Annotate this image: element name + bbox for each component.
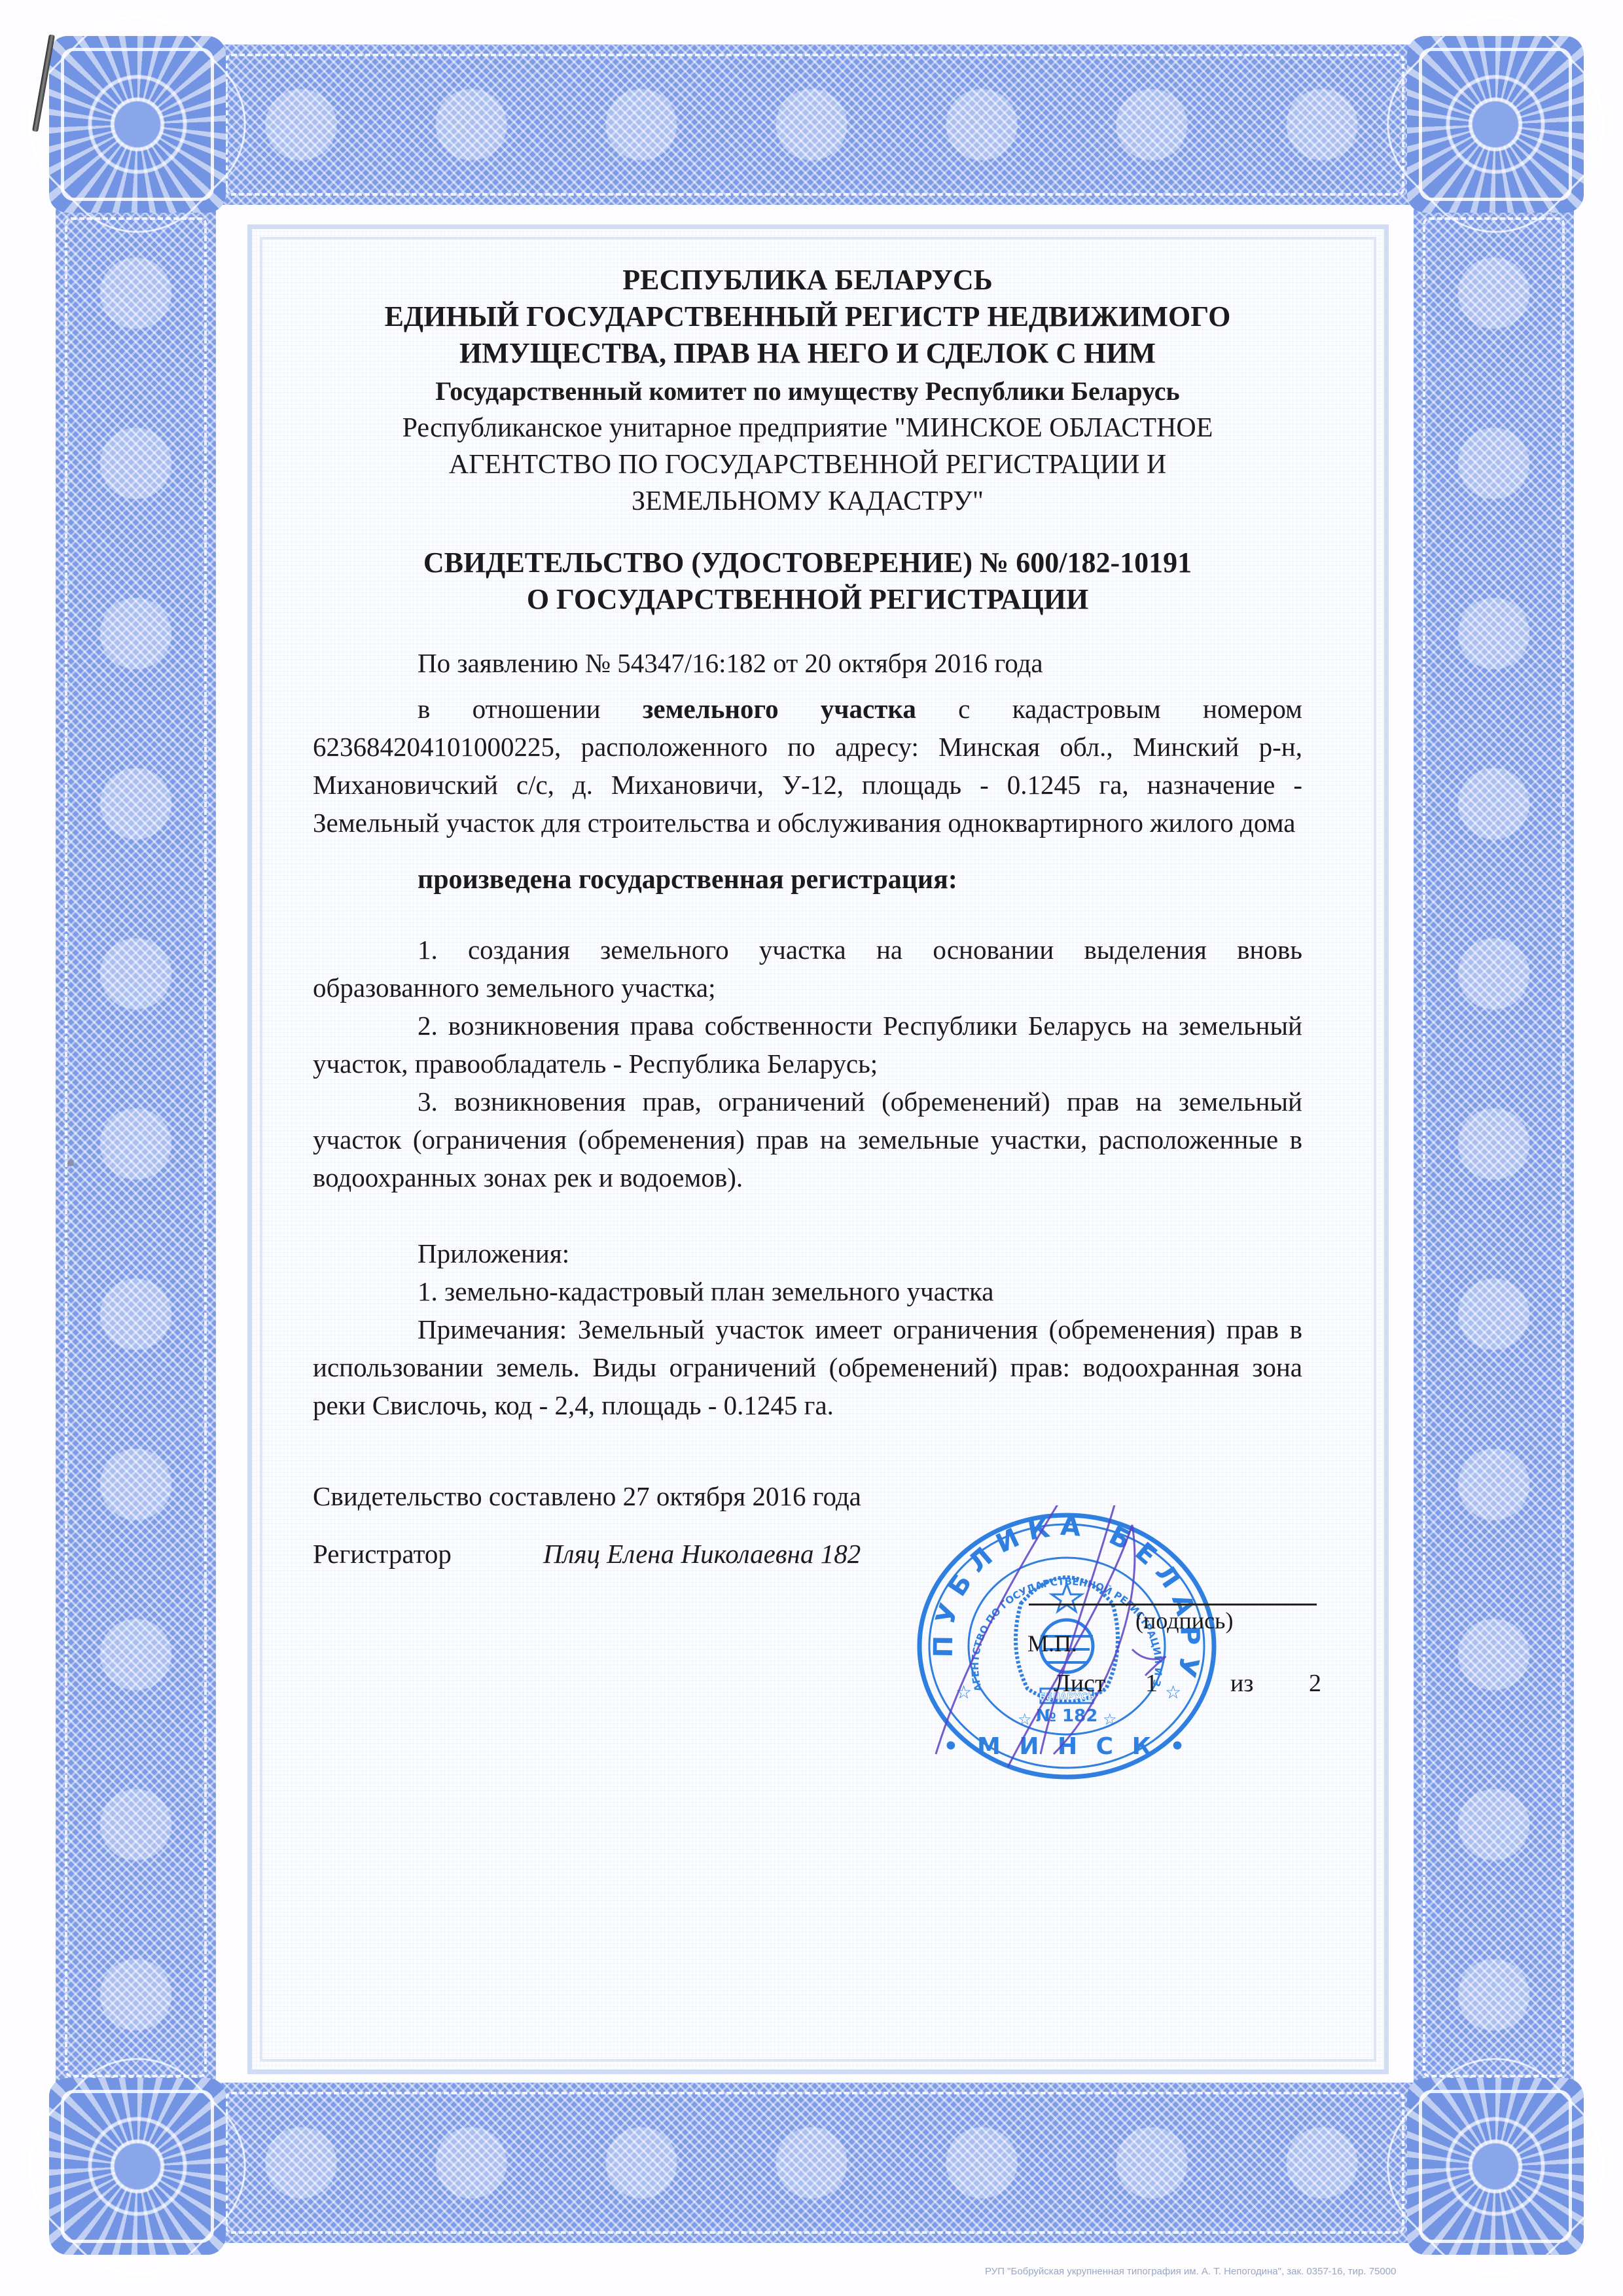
registration-item: 3. возникновения прав, ограничений (обре… [313, 1083, 1302, 1196]
registration-label: произведена государственная регистрация: [313, 864, 1302, 895]
document-header: РЕСПУБЛИКА БЕЛАРУСЬ ЕДИНЫЙ ГОСУДАРСТВЕНН… [313, 262, 1302, 520]
corner-rosette-icon [49, 36, 226, 213]
sheet-counter: Лист1из2 [1054, 1669, 1321, 1698]
printer-imprint: РУП "Бобруйская укрупненная типография и… [985, 2266, 1396, 2277]
registrar-label: Регистратор [313, 1539, 452, 1569]
agency-name-line1: Республиканское унитарное предприятие "М… [313, 410, 1302, 446]
corner-rosette-icon [49, 2078, 226, 2255]
seal-place-mark: М.П. [1027, 1630, 1077, 1657]
country-title: РЕСПУБЛИКА БЕЛАРУСЬ [313, 262, 1302, 298]
pinhole-mark [67, 1160, 74, 1166]
certificate-title: СВИДЕТЕЛЬСТВО (УДОСТОВЕРЕНИЕ) № 600/182-… [313, 545, 1302, 618]
application-reference: По заявлению № 54347/16:182 от 20 октябр… [313, 644, 1302, 682]
corner-rosette-icon [1407, 36, 1584, 213]
sheet-of-label: из [1230, 1669, 1309, 1698]
registration-item: 1. создания земельного участка на основа… [313, 931, 1302, 1007]
notes: Примечания: Земельный участок имеет огра… [313, 1310, 1302, 1424]
agency-name-line2: АГЕНТСТВО ПО ГОСУДАРСТВЕННОЙ РЕГИСТРАЦИИ… [313, 446, 1302, 483]
attachment-item: 1. земельно-кадастровый план земельного … [313, 1272, 1302, 1310]
registration-item: 2. возникновения права собственности Рес… [313, 1007, 1302, 1083]
registrar-name: Пляц Елена Николаевна 182 [543, 1538, 861, 1570]
corner-rosette-icon [1407, 2078, 1584, 2255]
signature-line [1029, 1604, 1317, 1605]
issue-date: Свидетельство составлено 27 октября 2016… [313, 1480, 861, 1512]
signature-caption: (подпись) [1135, 1607, 1233, 1634]
border-band-bottom [216, 2083, 1414, 2243]
registry-title-line1: ЕДИНЫЙ ГОСУДАРСТВЕННЫЙ РЕГИСТР НЕДВИЖИМО… [313, 298, 1302, 335]
border-band-right [1414, 208, 1574, 2087]
certificate-number: СВИДЕТЕЛЬСТВО (УДОСТОВЕРЕНИЕ) № 600/182-… [313, 545, 1302, 581]
object-prefix: в отношении [418, 694, 643, 724]
registrar-row: Регистратор Пляц Елена Николаевна 182 [313, 1538, 452, 1570]
registry-title-line2: ИМУЩЕСТВА, ПРАВ НА НЕГО И СДЕЛОК С НИМ [313, 335, 1302, 372]
certificate-subtitle: О ГОСУДАРСТВЕННОЙ РЕГИСТРАЦИИ [313, 581, 1302, 618]
sheet-label: Лист [1054, 1669, 1145, 1698]
document-body: РЕСПУБЛИКА БЕЛАРУСЬ ЕДИНЫЙ ГОСУДАРСТВЕНН… [313, 262, 1302, 1424]
committee-name: Государственный комитет по имуществу Рес… [313, 373, 1302, 410]
sheet-total: 2 [1309, 1669, 1321, 1698]
sheet-current: 1 [1145, 1669, 1230, 1698]
border-band-top [216, 45, 1414, 205]
agency-name-line3: ЗЕМЕЛЬНОМУ КАДАСТРУ" [313, 483, 1302, 520]
object-type: земельного участка [643, 694, 916, 724]
attachments-label: Приложения: [313, 1234, 1302, 1272]
border-band-left [56, 208, 216, 2087]
object-description: в отношении земельного участка с кадастр… [313, 690, 1302, 842]
